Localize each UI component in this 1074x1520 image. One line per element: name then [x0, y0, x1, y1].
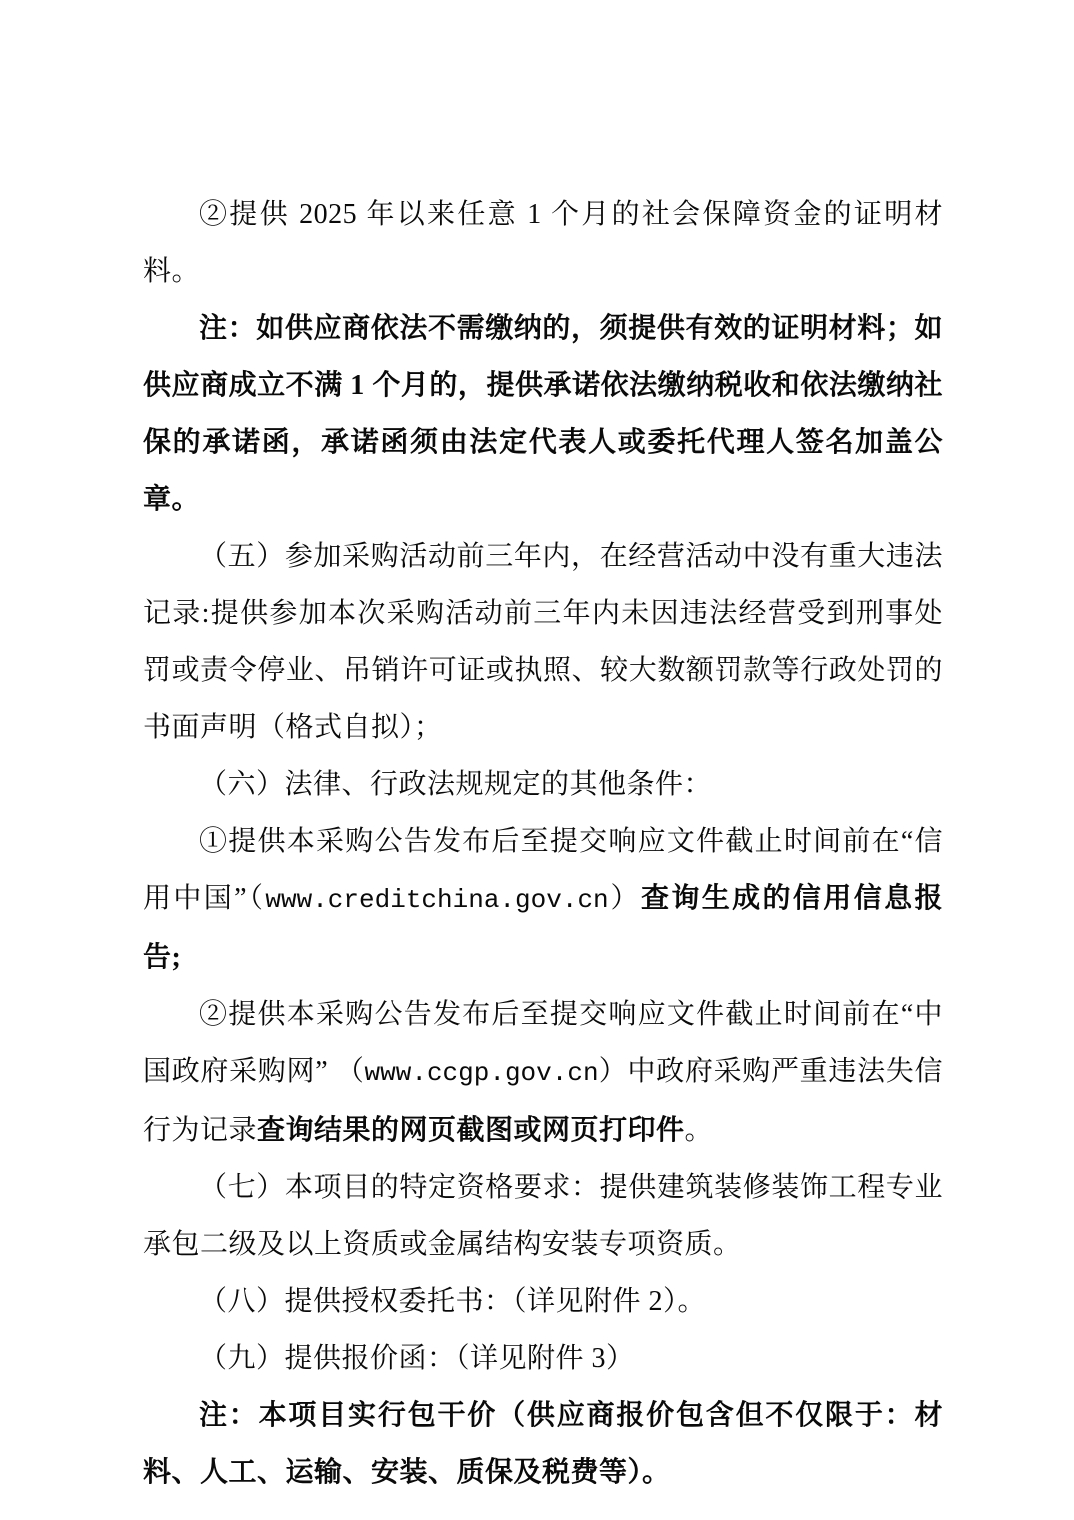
text-run: （六）法律、行政法规规定的其他条件： [199, 769, 712, 800]
paragraph: （八）提供授权委托书：（详见附件 2）。 [143, 1273, 943, 1330]
paragraph: （九）提供报价函：（详见附件 3） [143, 1330, 943, 1387]
text-run: 注：如供应商依法不需缴纳的，须提供有效的证明材料；如供应商成立不满 1 个月的，… [143, 313, 943, 515]
paragraph: 注：本项目实行包干价（供应商报价包含但不仅限于：材料、人工、运输、安装、质保及税… [143, 1387, 943, 1501]
document-page: ②提供 2025 年以来任意 1 个月的社会保障资金的证明材料。注：如供应商依法… [0, 0, 1074, 1520]
text-run: ②提供 2025 年以来任意 1 个月的社会保障资金的证明材料。 [143, 199, 943, 287]
text-run: 注：本项目实行包干价（供应商报价包含但不仅限于：材料、人工、运输、安装、质保及税… [143, 1400, 943, 1488]
text-run: （五）参加采购活动前三年内，在经营活动中没有重大违法记录:提供参加本次采购活动前… [143, 541, 943, 743]
paragraph: 注：如供应商依法不需缴纳的，须提供有效的证明材料；如供应商成立不满 1 个月的，… [143, 300, 943, 528]
paragraph: ②提供本采购公告发布后至提交响应文件截止时间前在“中国政府采购网” （www.c… [143, 986, 943, 1159]
text-run: 。 [685, 1115, 714, 1146]
paragraph: （七）本项目的特定资格要求：提供建筑装修装饰工程专业承包二级及以上资质或金属结构… [143, 1159, 943, 1273]
text-run: ） [609, 883, 641, 914]
document-body: ②提供 2025 年以来任意 1 个月的社会保障资金的证明材料。注：如供应商依法… [143, 186, 943, 1501]
paragraph: （五）参加采购活动前三年内，在经营活动中没有重大违法记录:提供参加本次采购活动前… [143, 528, 943, 756]
paragraph: ②提供 2025 年以来任意 1 个月的社会保障资金的证明材料。 [143, 186, 943, 300]
text-run: （八）提供授权委托书：（详见附件 2）。 [199, 1286, 706, 1317]
paragraph: （六）法律、行政法规规定的其他条件： [143, 756, 943, 813]
text-run: www.ccgp.gov.cn [365, 1058, 599, 1088]
text-run: （九）提供报价函：（详见附件 3） [199, 1343, 635, 1374]
paragraph: ①提供本采购公告发布后至提交响应文件截止时间前在“信用中国”（www.credi… [143, 813, 943, 986]
text-run: 查询结果的网页截图或网页打印件 [257, 1115, 685, 1146]
text-run: www.creditchina.gov.cn [265, 885, 608, 915]
text-run: （七）本项目的特定资格要求：提供建筑装修装饰工程专业承包二级及以上资质或金属结构… [143, 1172, 943, 1260]
